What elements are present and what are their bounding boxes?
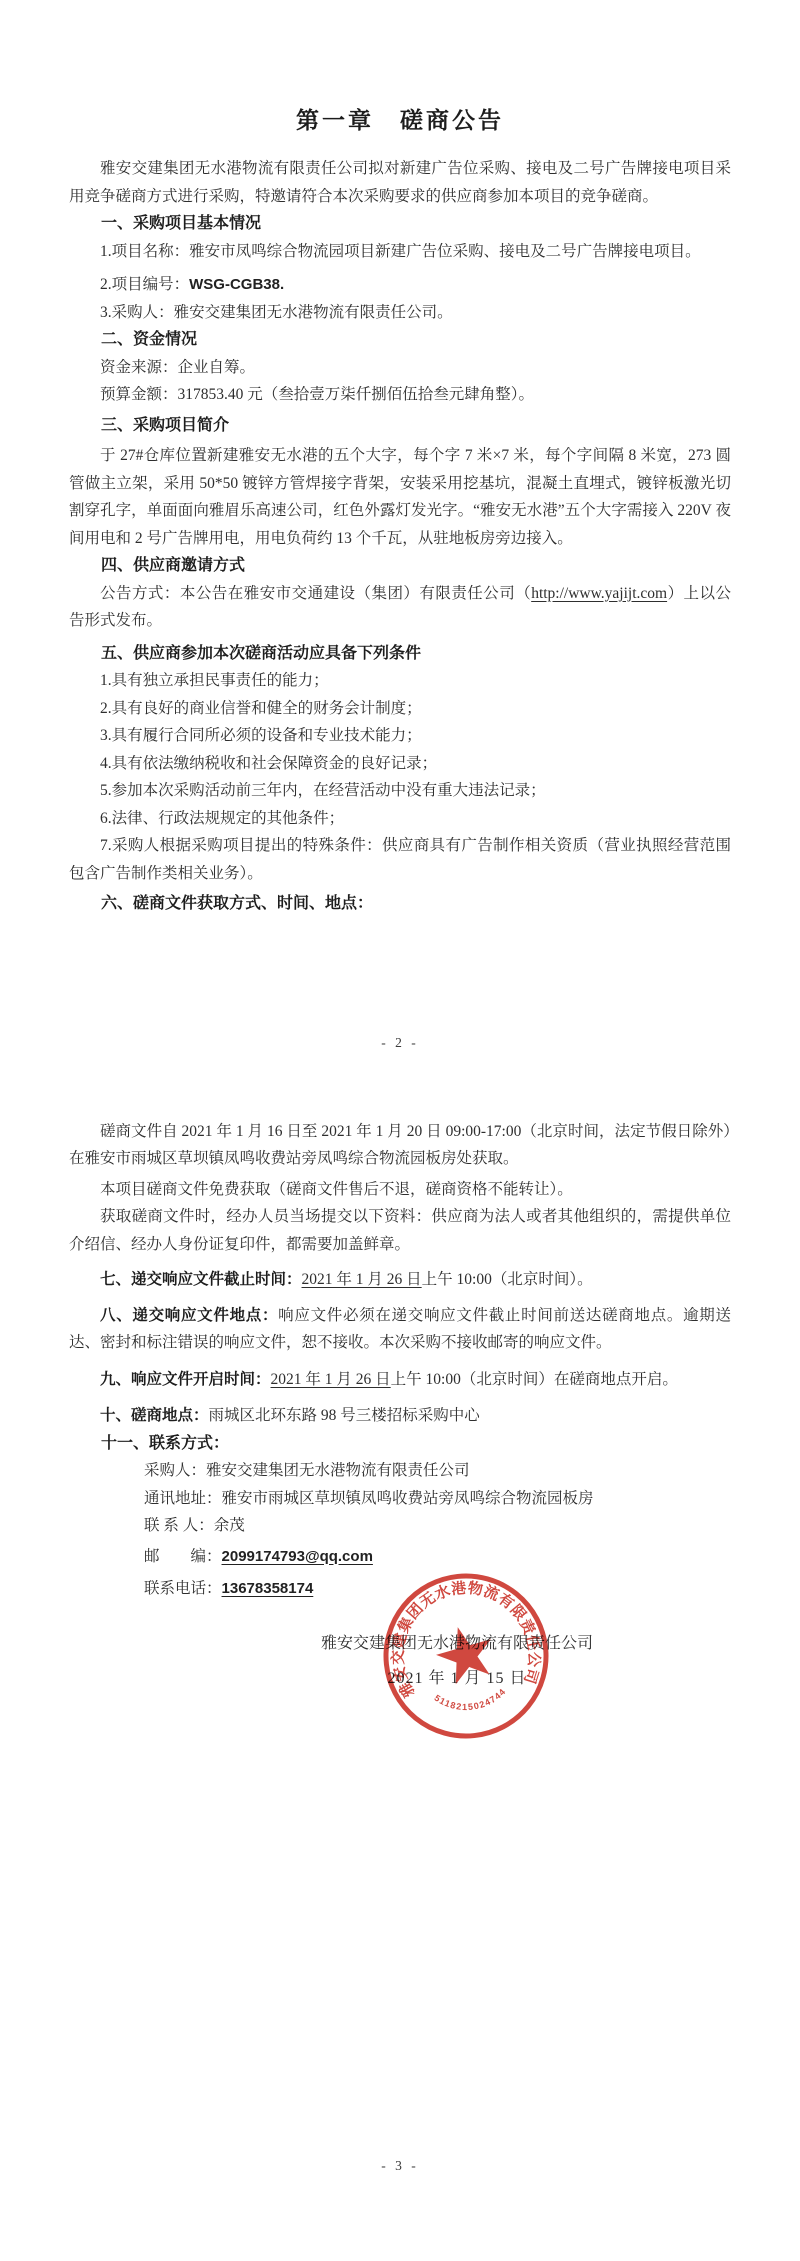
seal-number: 5118215024744 <box>432 1685 510 1715</box>
fund-source: 资金来源：企业自筹。 <box>69 354 731 382</box>
condition-item: 2.具有良好的商业信誉和健全的财务会计制度； <box>69 695 731 723</box>
email-value: 2099174793@qq.com <box>222 1548 373 1565</box>
section-11-heading: 十一、联系方式： <box>69 1430 731 1458</box>
venue-text: 雨城区北环东路 98 号三楼招标采购中心 <box>209 1407 480 1424</box>
document-content: 第一章 磋商公告 雅安交建集团无水港物流有限责任公司拟对新建广告位采购、接电及二… <box>0 0 800 1693</box>
opening-date: 2021 年 1 月 26 日 <box>271 1371 391 1388</box>
email-label: 邮 编： <box>144 1548 222 1565</box>
deadline-date: 2021 年 1 月 26 日 <box>302 1271 422 1288</box>
project-number-label: 2.项目编号： <box>100 276 189 293</box>
section-9-opening: 九、响应文件开启时间：2021 年 1 月 26 日上午 10:00（北京时间）… <box>69 1366 731 1394</box>
seal-star-icon <box>430 1619 500 1687</box>
scanned-document-page: 第一章 磋商公告 雅安交建集团无水港物流有限责任公司拟对新建广告位采购、接电及二… <box>0 0 800 2261</box>
contact-email-line: 邮 编：2099174793@qq.com <box>144 1543 731 1571</box>
section-7-heading: 七、递交响应文件截止时间： <box>100 1271 302 1288</box>
chapter-title: 第一章 磋商公告 <box>69 103 731 137</box>
section-10-heading: 十、磋商地点： <box>100 1407 209 1424</box>
section-10-venue: 十、磋商地点：雨城区北环东路 98 号三楼招标采购中心 <box>69 1402 731 1430</box>
phone-label: 联系电话： <box>144 1580 222 1597</box>
contact-address: 通讯地址：雅安市雨城区草坝镇凤鸣收费站旁凤鸣综合物流园板房 <box>144 1485 731 1513</box>
condition-item: 7.采购人根据采购项目提出的特殊条件：供应商具有广告制作相关资质（营业执照经营范… <box>69 832 731 887</box>
company-seal: 雅安交建集团无水港物流有限责任公司 5118215024744 <box>371 1561 560 1750</box>
document-obtain-materials: 获取磋商文件时，经办人员当场提交以下资料：供应商为法人或者其他组织的，需提供单位… <box>69 1203 731 1258</box>
page-2-footer: - 2 - <box>0 1029 800 1057</box>
deadline-rest: 上午 10:00（北京时间）。 <box>422 1271 593 1288</box>
document-obtain-time: 磋商文件自 2021 年 1 月 16 日至 2021 年 1 月 20 日 0… <box>69 1118 731 1173</box>
condition-item: 3.具有履行合同所必须的设备和专业技术能力； <box>69 722 731 750</box>
section-7-deadline: 七、递交响应文件截止时间：2021 年 1 月 26 日上午 10:00（北京时… <box>69 1266 731 1294</box>
budget-amount: 预算金额：317853.40 元（叁拾壹万柒仟捌佰伍拾叁元肆角整）。 <box>69 381 731 409</box>
section-9-heading: 九、响应文件开启时间： <box>100 1371 271 1388</box>
section-3-heading: 三、采购项目简介 <box>69 412 731 440</box>
project-name-item: 1.项目名称：雅安市凤鸣综合物流园项目新建广告位采购、接电及二号广告牌接电项目。 <box>69 238 731 266</box>
contact-buyer: 采购人：雅安交建集团无水港物流有限责任公司 <box>144 1457 731 1485</box>
seal-company-arc-text: 雅安交建集团无水港物流有限责任公司 <box>381 1571 547 1701</box>
signature-block: 雅安交建集团无水港物流有限责任公司 2021 年 1 月 15 日 雅安交建集团… <box>321 1630 593 1693</box>
intro-paragraph: 雅安交建集团无水港物流有限责任公司拟对新建广告位采购、接电及二号广告牌接电项目采… <box>69 155 731 210</box>
condition-item: 1.具有独立承担民事责任的能力； <box>69 667 731 695</box>
section-2-heading: 二、资金情况 <box>69 326 731 354</box>
section-8-location: 八、递交响应文件地点：响应文件必须在递交响应文件截止时间前送达磋商地点。逾期送达… <box>69 1302 731 1357</box>
page-break <box>69 918 731 1118</box>
project-summary: 于 27#仓库位置新建雅安无水港的五个大字，每个字 7 米×7 米，每个字间隔 … <box>69 442 731 552</box>
document-free-note: 本项目磋商文件免费获取（磋商文件售后不退，磋商资格不能转让）。 <box>69 1176 731 1204</box>
project-number-item: 2.项目编号：WSG-CGB38. <box>69 271 731 299</box>
announcement-method: 公告方式：本公告在雅安市交通建设（集团）有限责任公司（http://www.ya… <box>69 580 731 635</box>
project-number-value: WSG-CGB38. <box>189 276 284 293</box>
section-6-heading: 六、磋商文件获取方式、时间、地点： <box>69 890 731 918</box>
page-3-footer: - 3 - <box>0 2152 800 2180</box>
condition-item: 4.具有依法缴纳税收和社会保障资金的良好记录； <box>69 750 731 778</box>
announcement-url: http://www.yajijt.com <box>531 585 667 602</box>
announcement-text-before: 公告方式：本公告在雅安市交通建设（集团）有限责任公司（ <box>100 585 531 602</box>
section-1-heading: 一、采购项目基本情况 <box>69 210 731 238</box>
opening-rest: 上午 10:00（北京时间）在磋商地点开启。 <box>391 1371 678 1388</box>
condition-item: 5.参加本次采购活动前三年内，在经营活动中没有重大违法记录； <box>69 777 731 805</box>
section-5-heading: 五、供应商参加本次磋商活动应具备下列条件 <box>69 640 731 668</box>
phone-value: 13678358174 <box>222 1580 314 1597</box>
purchaser-item: 3.采购人：雅安交建集团无水港物流有限责任公司。 <box>69 299 731 327</box>
contact-person: 联 系 人：余茂 <box>144 1512 731 1540</box>
condition-item: 6.法律、行政法规规定的其他条件； <box>69 805 731 833</box>
section-4-heading: 四、供应商邀请方式 <box>69 552 731 580</box>
section-8-heading: 八、递交响应文件地点： <box>100 1307 278 1324</box>
